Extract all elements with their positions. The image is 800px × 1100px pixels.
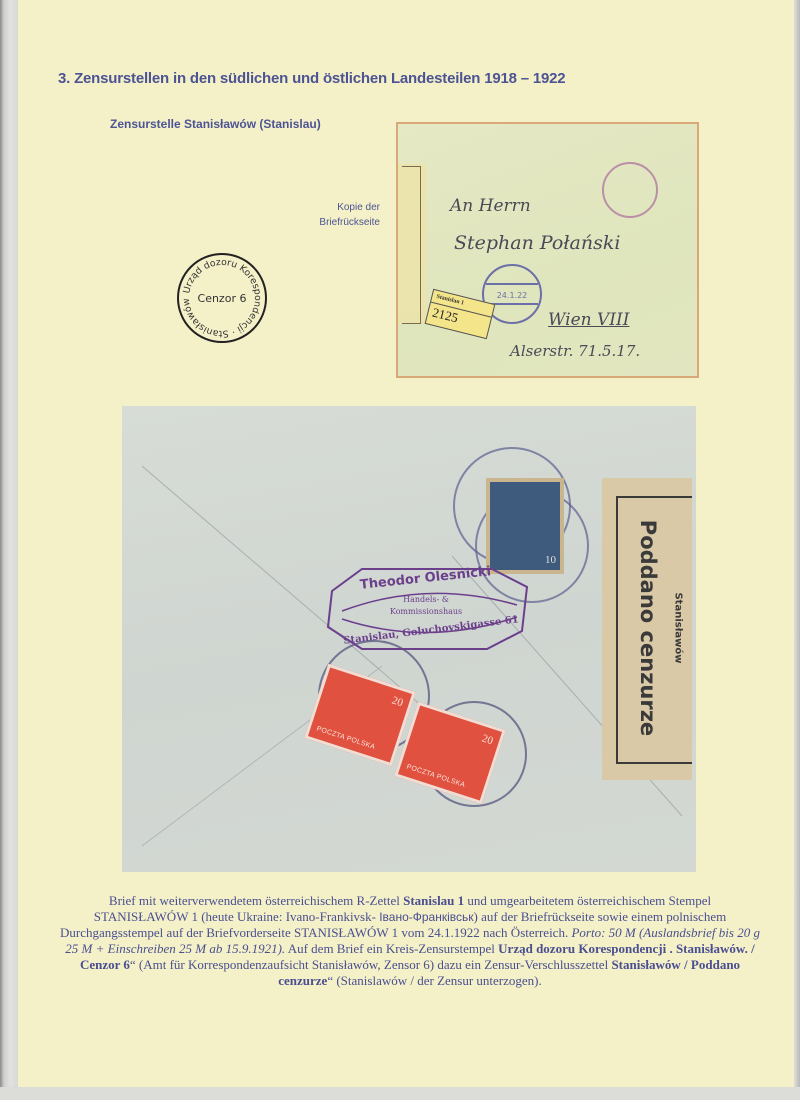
censor-closure-label: Poddano cenzurze Stanisławów xyxy=(602,478,692,780)
violet-censor-mark xyxy=(600,160,660,220)
envelope-front-copy: An Herrn Stephan Połański Wien VIII Alse… xyxy=(396,122,699,378)
sender-cachet: Theodor Olesnicki Handels- & Kommissions… xyxy=(322,561,532,653)
copy-label: Kopie der Briefrückseite xyxy=(300,200,380,230)
censor-label-text: Poddano cenzurze xyxy=(636,498,660,758)
scan-left-edge xyxy=(0,0,18,1100)
scan-right-edge xyxy=(794,0,800,1100)
envelope-back: 10 20 POCZTA POLSKA 20 POCZTA POLSKA The… xyxy=(122,406,696,872)
scan-bottom-edge xyxy=(0,1087,800,1100)
address-line-4: Alserstr. 71.5.17. xyxy=(510,342,640,360)
address-line-1: An Herrn xyxy=(450,196,531,216)
blue-postage-stamp: 10 xyxy=(486,478,564,574)
copy-label-line1: Kopie der xyxy=(300,200,380,215)
address-line-2: Stephan Połański xyxy=(454,232,620,254)
address-line-3: Wien VIII xyxy=(548,310,629,330)
censor-label-city: Stanisławów xyxy=(673,592,684,663)
stamp-center-text: Cenzor 6 xyxy=(198,292,247,305)
censor-circle-stamp: Urząd dozoru Korespondencji · Stanisławó… xyxy=(176,252,268,344)
svg-text:24.1.22: 24.1.22 xyxy=(497,291,528,300)
description-caption: Brief mit weiterverwendetem österreichis… xyxy=(60,893,760,989)
section-title: 3. Zensurstellen in den südlichen und ös… xyxy=(58,70,565,87)
copy-label-line2: Briefrückseite xyxy=(300,215,380,230)
subtitle: Zensurstelle Stanisławów (Stanislau) xyxy=(110,117,321,131)
sender-line2: Handels- & xyxy=(336,595,516,604)
sender-line3: Kommissionshaus xyxy=(336,607,516,616)
